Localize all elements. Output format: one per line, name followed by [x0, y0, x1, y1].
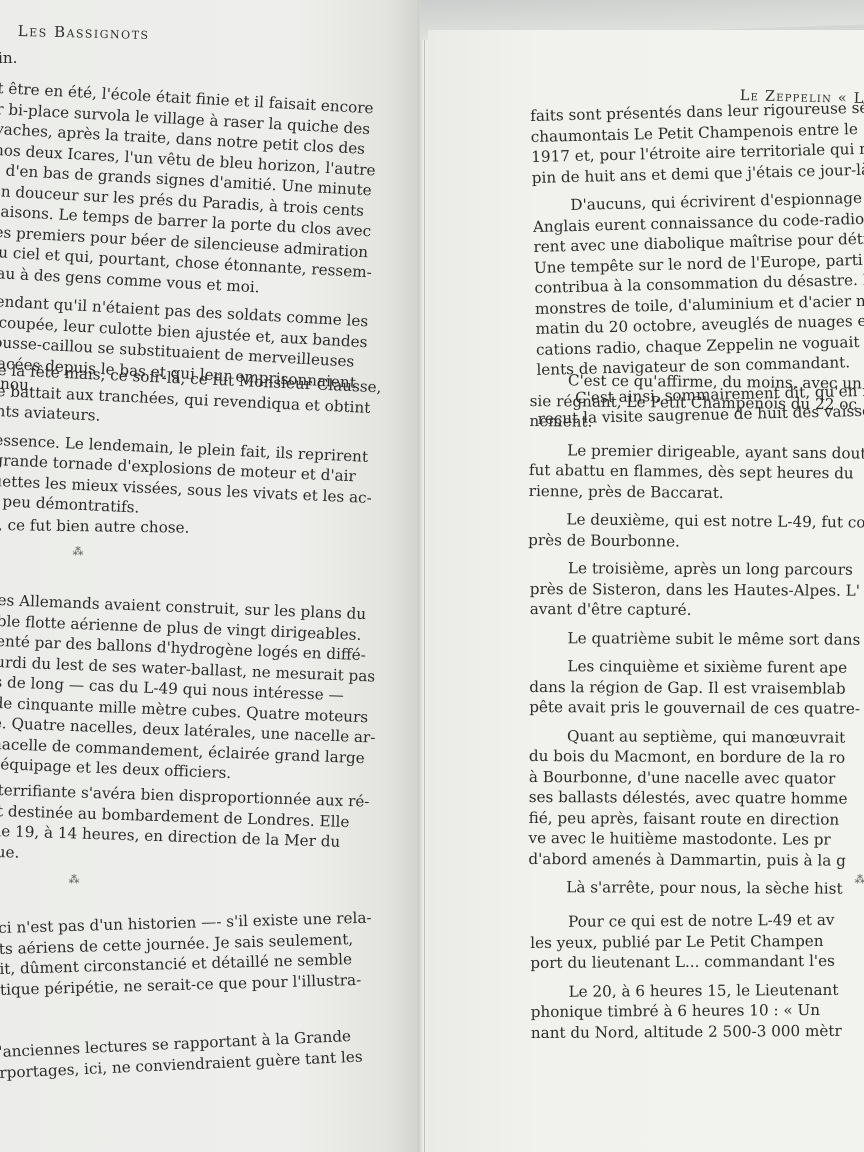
- paragraph: Le troisième, après un long parcours prè…: [528, 558, 864, 900]
- left-page: Les Bassignots in. t être en été, l'écol…: [0, 0, 424, 1152]
- paragraph: terrifiante s'avéra bien disproportionné…: [0, 780, 398, 875]
- paragraph: 'anciennes lectures se rapportant à la G…: [0, 1024, 399, 1083]
- asterism-ornament: ⁂: [68, 548, 88, 556]
- running-head-left: Les Bassignots: [18, 22, 150, 43]
- paragraph: , ce fut bien autre chose.: [0, 515, 398, 541]
- paragraph: in.: [0, 48, 398, 69]
- right-page: Le Zeppelin « L- faits sont présentés da…: [428, 30, 864, 1152]
- paragraph: ci n'est pas d'un historien —- s'il exis…: [0, 907, 400, 1000]
- paragraph: e la fête mais, ce soir-là, ce fut Monsi…: [0, 360, 398, 529]
- paragraph: C'est ce qu'affirme, du moins, avec un s…: [528, 370, 864, 554]
- gutter-fold: [424, 40, 425, 1152]
- paragraph: es Allemands avaient construit, sur les …: [0, 590, 398, 790]
- asterism-ornament: ⁂: [850, 876, 864, 884]
- paragraph: Pour ce qui est de notre L-49 et av les …: [530, 909, 864, 1043]
- asterism-ornament: ⁂: [64, 876, 84, 884]
